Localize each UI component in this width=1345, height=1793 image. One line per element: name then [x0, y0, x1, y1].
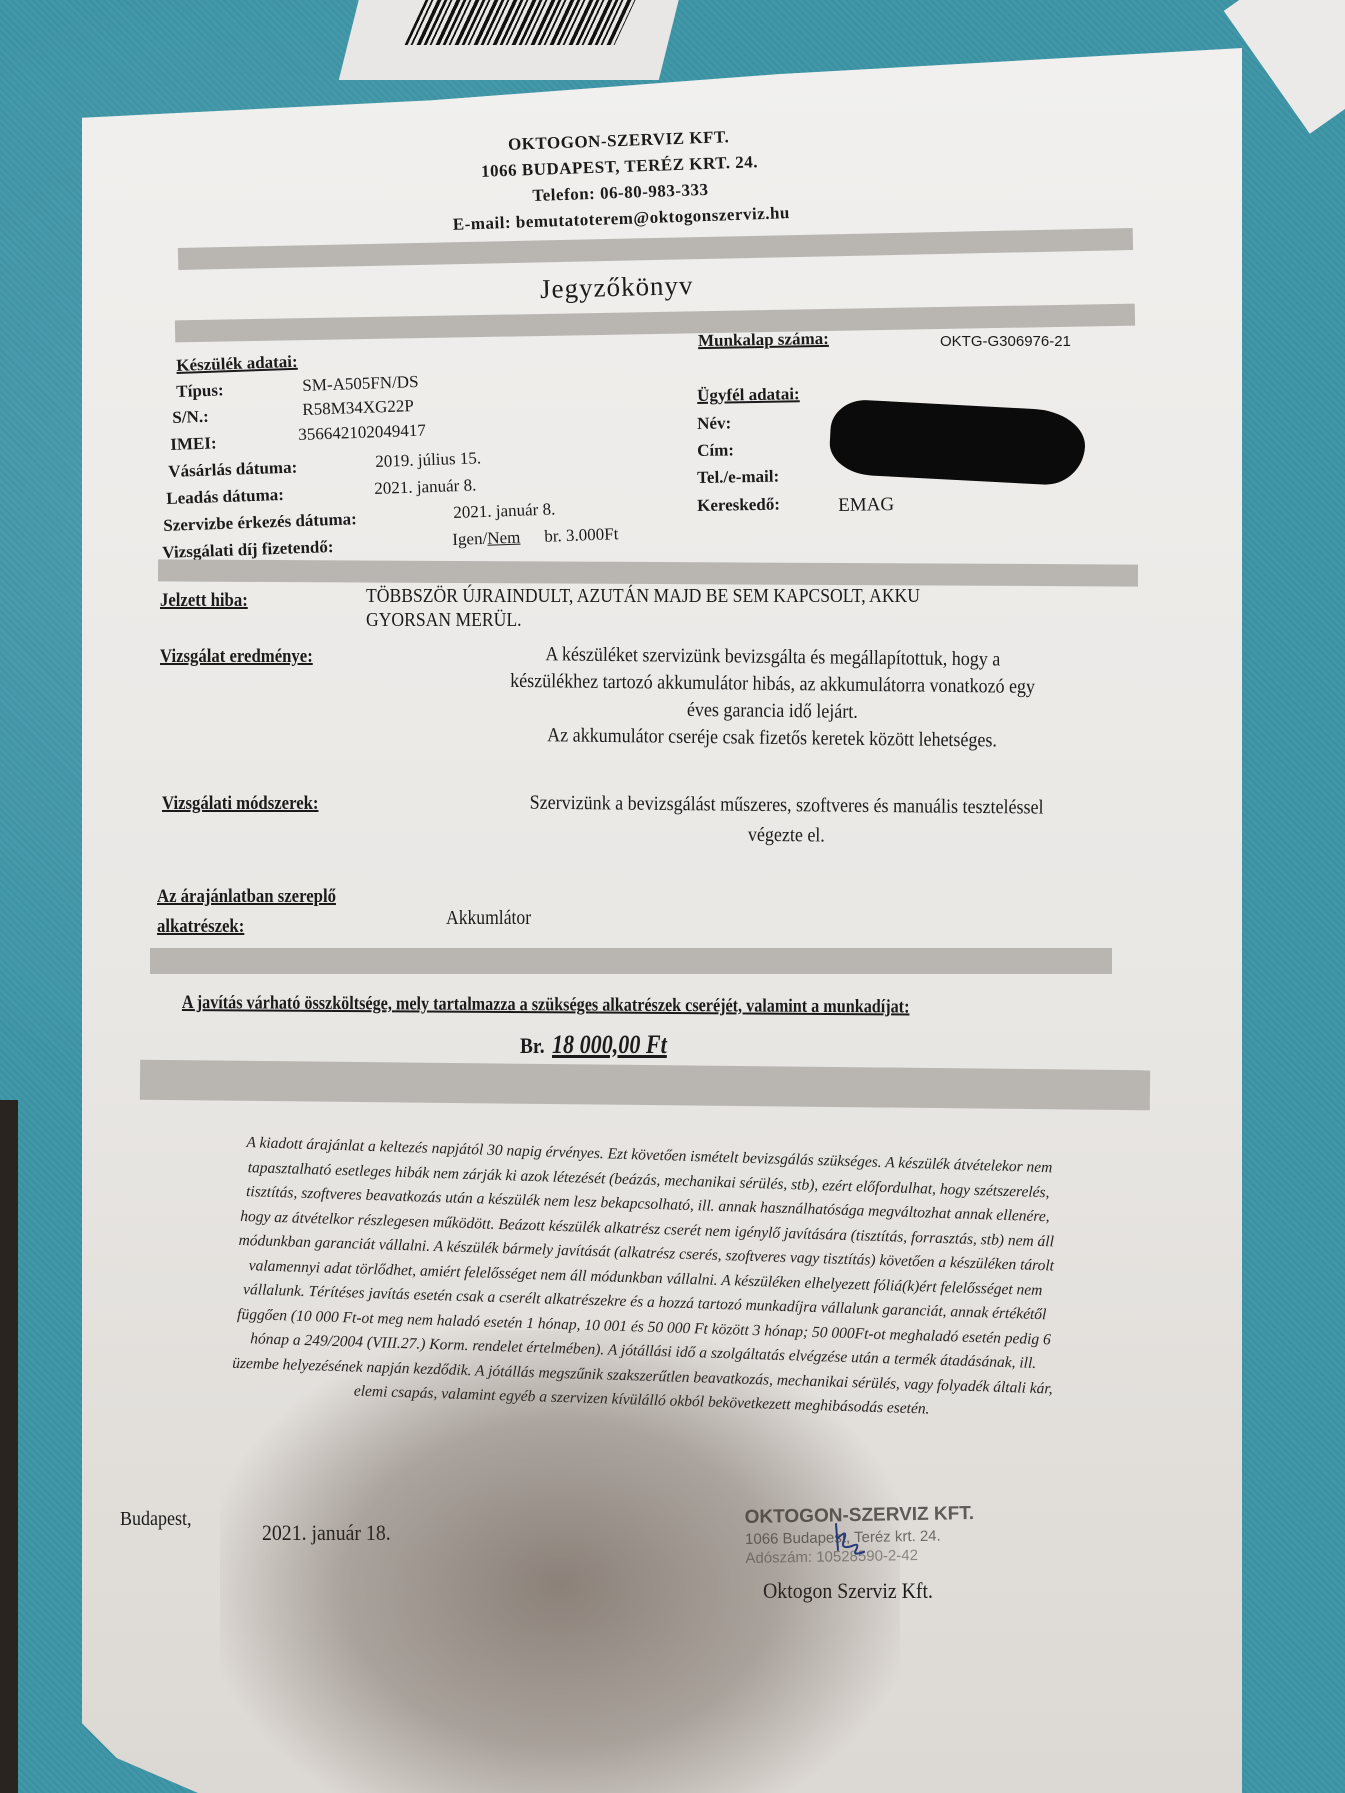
arrival-date-value: 2021. január 8.	[453, 499, 556, 522]
fee-yes-option: Igen/	[452, 529, 488, 549]
inspection-result-label: Vizsgálat eredménye:	[160, 646, 313, 668]
contact-label: Tel./e-mail:	[697, 467, 779, 488]
name-label: Név:	[697, 413, 731, 434]
inspection-methods-text: Szervizünk a bevizsgálást műszeres, szof…	[465, 787, 1109, 853]
device-field: Típus:	[176, 380, 224, 402]
terms-and-conditions: A kiadott árajánlat a keltezés napjától …	[142, 1128, 1150, 1429]
document-title: Jegyzőkönyv	[540, 270, 694, 305]
purchase-date-value: 2019. július 15.	[375, 448, 481, 471]
divider-band	[150, 948, 1112, 974]
dropoff-date-label: Leadás dátuma:	[166, 485, 284, 508]
serial-label: S/N.:	[172, 407, 209, 427]
serial-value: R58M34XG22P	[302, 396, 414, 419]
service-report: OKTOGON-SZERVIZ KFT. 1066 BUDAPEST, TERÉ…	[0, 0, 1345, 1793]
device-section-label: Készülék adatai:	[176, 352, 298, 376]
signature-icon	[830, 1520, 870, 1560]
fee-amount: br. 3.000Ft	[544, 524, 619, 546]
arrival-date-label: Szervizbe érkezés dátuma:	[163, 509, 357, 535]
type-value: SM-A505FN/DS	[302, 372, 419, 395]
customer-section-label: Ügyfél adatai:	[697, 384, 800, 406]
retailer-value: EMAG	[838, 494, 894, 517]
footer-date: 2021. január 18.	[262, 1520, 391, 1546]
divider-band	[140, 1060, 1150, 1111]
imei-label: IMEI:	[170, 433, 217, 454]
reported-fault-label: Jelzett hiba:	[160, 590, 248, 612]
total-cost: Br. 18 000,00 Ft	[520, 1030, 687, 1060]
address-label: Cím:	[697, 440, 734, 461]
divider-band	[158, 559, 1138, 586]
divider-band	[178, 228, 1133, 270]
cost-heading: A javítás várható összköltsége, mely tar…	[182, 992, 910, 1018]
inspection-methods-label: Vizsgálati módszerek:	[162, 793, 318, 815]
inspection-fee-label: Vizsgálati díj fizetendő:	[162, 537, 334, 562]
fee-no-option: Nem	[487, 528, 521, 548]
parts-label: Az árajánlatban szereplő alkatrészek:	[157, 882, 336, 942]
parts-value: Akkumlátor	[446, 907, 531, 930]
purchase-date-label: Vásárlás dátuma:	[168, 458, 298, 481]
cost-prefix: Br.	[520, 1033, 545, 1059]
company-header: OKTOGON-SZERVIZ KFT. 1066 BUDAPEST, TERÉ…	[378, 120, 861, 241]
retailer-label: Kereskedő:	[697, 495, 780, 516]
worksheet-label: Munkalap száma:	[698, 329, 829, 351]
imei-value: 356642102049417	[298, 421, 426, 444]
reported-fault-text: TÖBBSZÖR ÚJRAINDULT, AZUTÁN MAJD BE SEM …	[366, 584, 920, 632]
signer-name: Oktogon Szerviz Kft.	[763, 1578, 933, 1604]
redacted-customer-info	[828, 398, 1087, 486]
device-section: Készülék adatai:	[176, 352, 298, 376]
worksheet-number: OKTG-G306976-21	[940, 333, 1071, 350]
type-label: Típus:	[176, 380, 224, 401]
inspection-result-text: A készüléket szervizünk bevizsgálta és m…	[439, 640, 1106, 756]
device-field: SM-A505FN/DS	[302, 372, 419, 396]
cost-amount: 18 000,00 Ft	[552, 1030, 667, 1060]
footer-city: Budapest,	[120, 1508, 191, 1531]
dropoff-date-value: 2021. január 8.	[374, 475, 477, 498]
